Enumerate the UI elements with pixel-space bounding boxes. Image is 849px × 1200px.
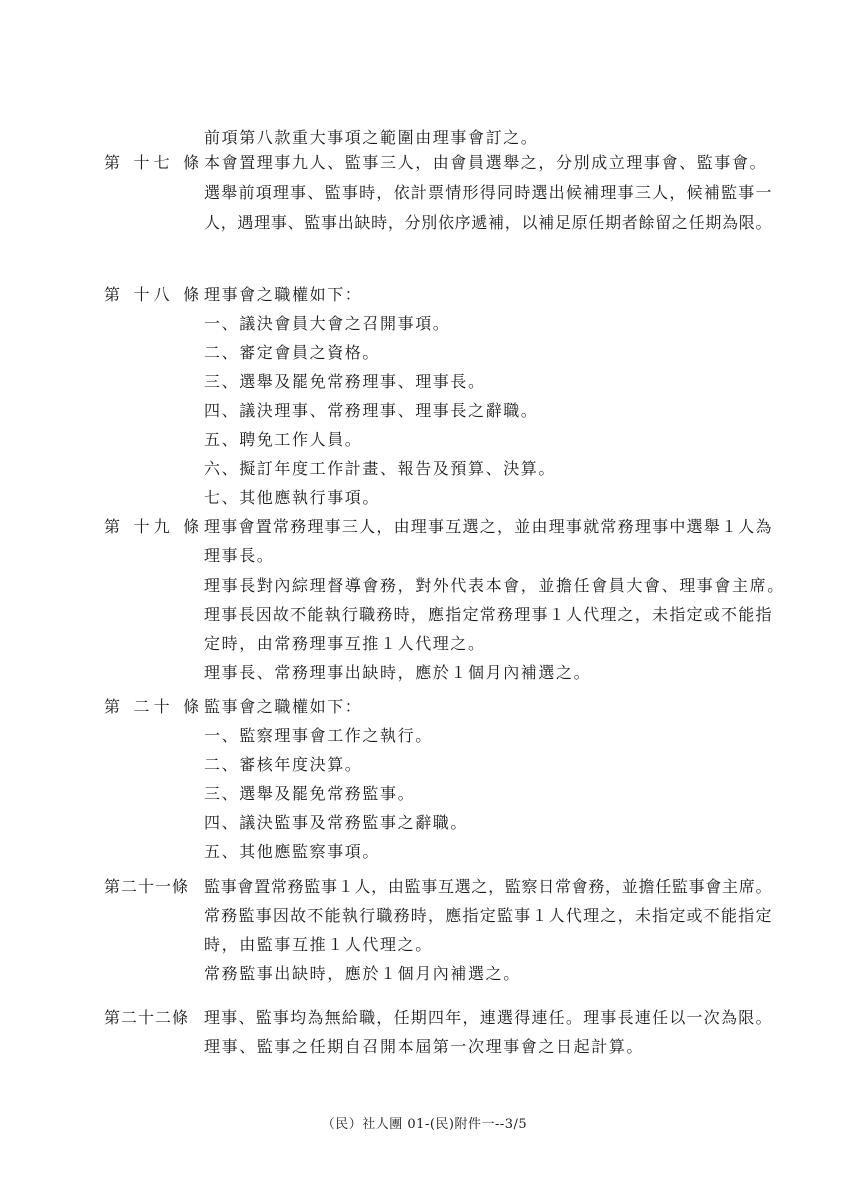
article-label: 第 十九 條 bbox=[104, 517, 203, 537]
article-label: 第二十一條 bbox=[104, 877, 189, 897]
article-label: 第 二十 條 bbox=[104, 697, 203, 717]
page-footer: （民）社人團 01-(民)附件一--3/5 bbox=[0, 1113, 849, 1132]
article-text-line: 時，由監事互推１人代理之。 bbox=[204, 935, 433, 955]
article-text-line: 理事長對內綜理督導會務，對外代表本會，並擔任會員大會、理事會主席。 bbox=[204, 576, 785, 596]
article-text-line: 理事、監事之任期自召開本屆第一次理事會之日起計算。 bbox=[204, 1037, 644, 1057]
list-item: 一、監察理事會工作之執行。 bbox=[204, 726, 433, 746]
article-text-line: 理事長因故不能執行職務時，應指定常務理事１人代理之，未指定或不能指 bbox=[204, 605, 772, 625]
list-item: 五、其他應監察事項。 bbox=[204, 842, 380, 862]
list-item: 三、選舉及罷免常務理事、理事長。 bbox=[204, 372, 486, 392]
continuation-paragraph: 前項第八款重大事項之範圍由理事會訂之。 bbox=[204, 128, 538, 148]
list-item: 四、議決理事、常務理事、理事長之辭職。 bbox=[204, 401, 538, 421]
article-text-line: 理事會置常務理事三人，由理事互選之，並由理事就常務理事中選舉１人為 bbox=[204, 517, 772, 537]
article-text-line: 監事會之職權如下： bbox=[204, 697, 362, 717]
list-item: 二、審定會員之資格。 bbox=[204, 343, 380, 363]
article-text-line: 常務監事出缺時，應於１個月內補選之。 bbox=[204, 964, 521, 984]
list-item: 六、擬訂年度工作計畫、報告及預算、決算。 bbox=[204, 459, 556, 479]
article-label: 第 十七 條 bbox=[104, 153, 203, 173]
article-text-line: 定時，由常務理事互推１人代理之。 bbox=[204, 634, 486, 654]
article-text-line: 監事會置常務監事１人，由監事互選之，監察日常會務，並擔任監事會主席。 bbox=[204, 877, 772, 897]
article-label: 第二十二條 bbox=[104, 1008, 189, 1028]
article-text-line: 理事長、常務理事出缺時，應於１個月內補選之。 bbox=[204, 663, 591, 683]
list-item: 三、選舉及罷免常務監事。 bbox=[204, 784, 415, 804]
list-item: 五、聘免工作人員。 bbox=[204, 430, 362, 450]
list-item: 一、議決會員大會之召開事項。 bbox=[204, 314, 450, 334]
article-text-line: 理事會之職權如下： bbox=[204, 285, 362, 305]
article-text-line: 常務監事因故不能執行職務時，應指定監事１人代理之，未指定或不能指定 bbox=[204, 906, 772, 926]
document-page: 前項第八款重大事項之範圍由理事會訂之。 第 十七 條 本會置理事九人、監事三人，… bbox=[0, 0, 849, 1200]
article-text-line: 人，遇理事、監事出缺時，分別依序遞補，以補足原任期者餘留之任期為限。 bbox=[204, 213, 772, 233]
article-label: 第 十八 條 bbox=[104, 285, 203, 305]
list-item: 四、議決監事及常務監事之辭職。 bbox=[204, 813, 468, 833]
list-item: 二、審核年度決算。 bbox=[204, 755, 362, 775]
list-item: 七、其他應執行事項。 bbox=[204, 488, 380, 508]
article-text-line: 理事長。 bbox=[204, 546, 274, 566]
article-text-line: 選舉前項理事、監事時，依計票情形得同時選出候補理事三人，候補監事一 bbox=[204, 183, 772, 203]
article-text-line: 本會置理事九人、監事三人，由會員選舉之，分別成立理事會、監事會。 bbox=[204, 153, 767, 173]
article-text-line: 理事、監事均為無給職，任期四年，連選得連任。理事長連任以一次為限。 bbox=[204, 1008, 772, 1028]
